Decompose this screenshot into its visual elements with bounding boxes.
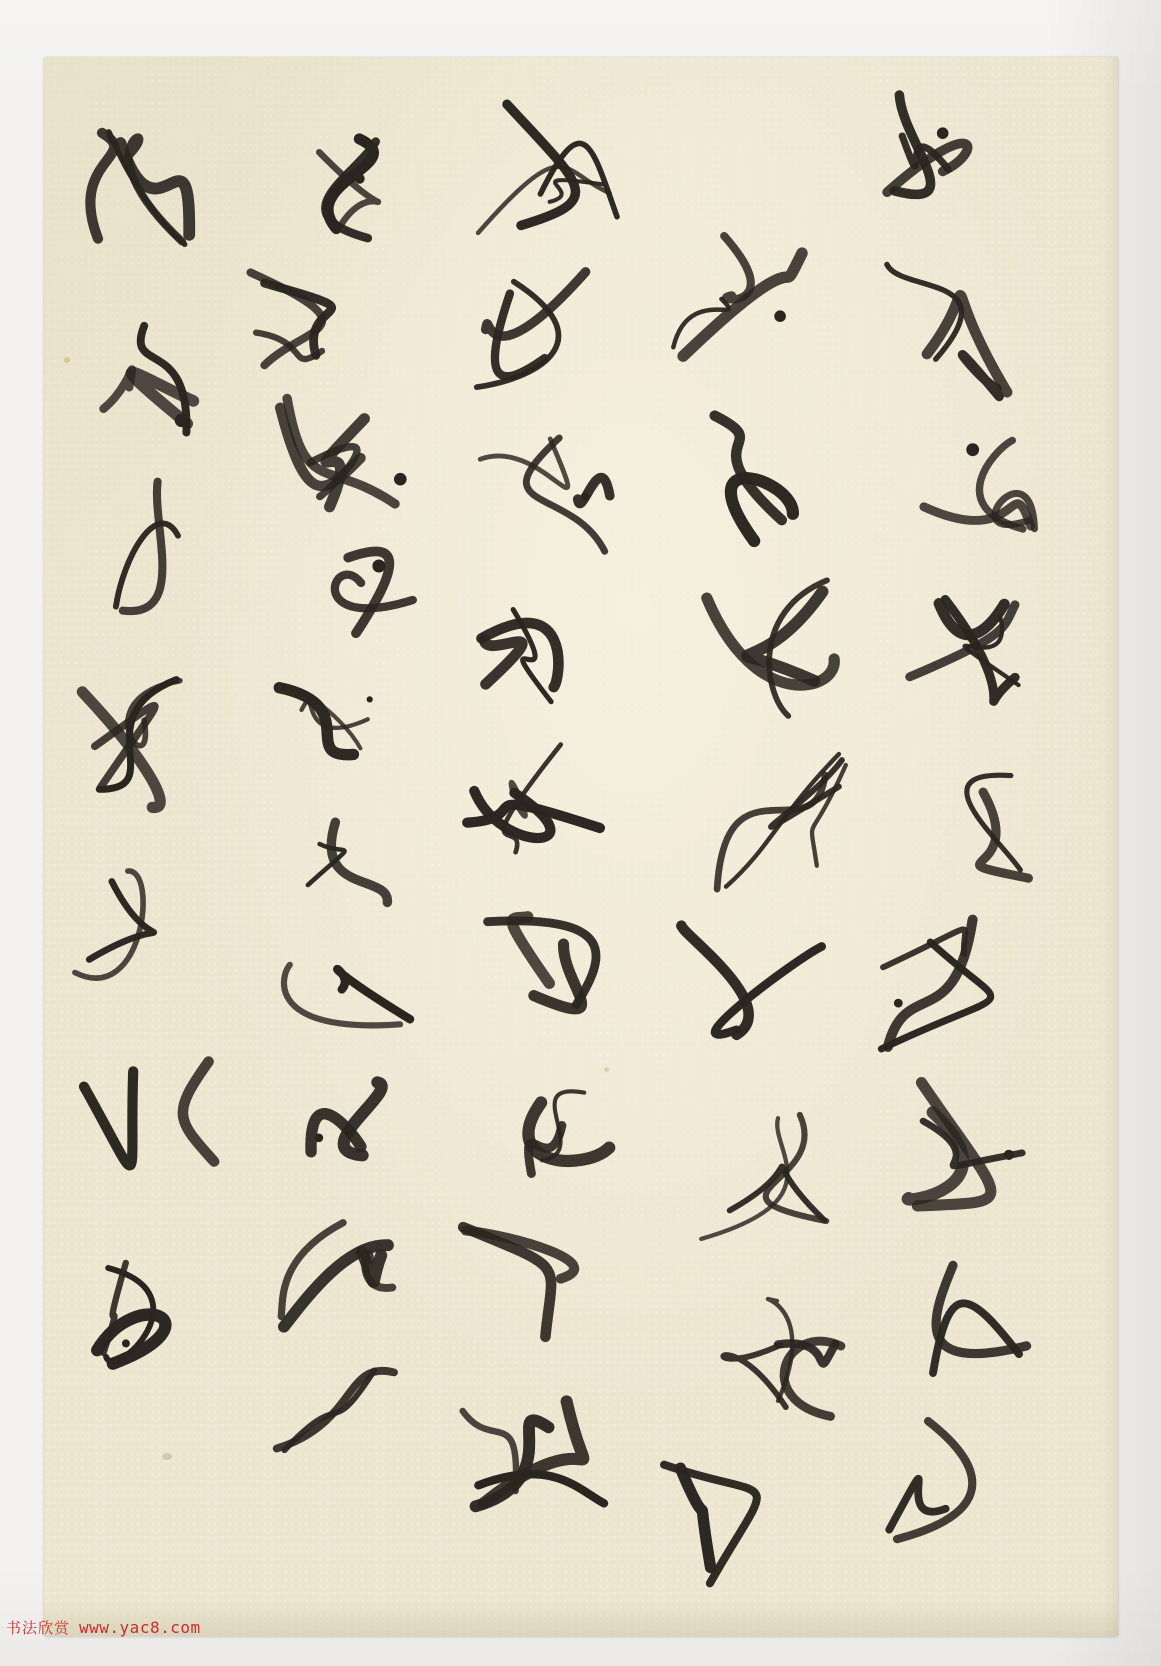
watermark-url: www.yac8.com bbox=[79, 1618, 201, 1637]
calligraphy-column-3: 德共配以考仁勇仍汤 bbox=[430, 90, 660, 1535]
calligraphy-column-1: 何人解清写方大生死 bbox=[860, 82, 1070, 1562]
calligraphy-column-2: 为产缘建伸强大海 bbox=[630, 210, 880, 1615]
calligraphy-column-5: 志上原芳佩白尘 bbox=[52, 90, 257, 1410]
brush-strokes bbox=[430, 90, 660, 1535]
paper-smudge bbox=[162, 1453, 172, 1460]
calligraphy-column-4: 之心公人百自秀先青史 bbox=[235, 125, 440, 1470]
brush-strokes bbox=[235, 125, 440, 1470]
paper-sheet: 何人解清写方大生死 为产缘建伸强大海 德共配以考仁勇仍汤 之心公人百自秀先青史 … bbox=[44, 57, 1118, 1636]
brush-strokes bbox=[860, 82, 1070, 1562]
watermark: 书法欣赏www.yac8.com bbox=[6, 1616, 201, 1640]
brush-strokes bbox=[630, 210, 880, 1615]
watermark-site-name: 书法欣赏 bbox=[6, 1619, 70, 1637]
brush-strokes bbox=[52, 90, 257, 1410]
